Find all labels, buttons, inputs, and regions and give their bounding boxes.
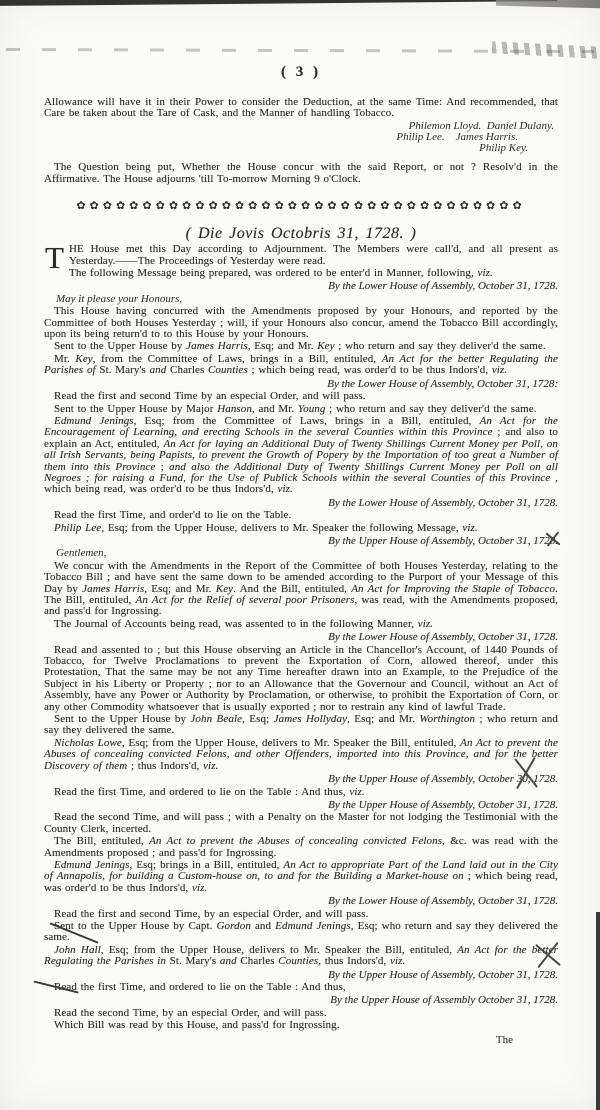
text-segment: The following Message being prepared, wa… [69,267,477,279]
paragraph: Read the first Time, and ordered to lie … [44,982,558,993]
text-segment: Read the first Time, and order'd to lie … [54,509,291,521]
text-segment: Read the first Time, and ordered to lie … [54,786,349,798]
salutation: May it please your Honours, [44,294,558,305]
text-segment: and [251,920,275,932]
text-segment: Sent to the Upper House by Major [54,403,217,415]
italic-text-segment: Hanson [217,403,252,415]
italic-text-segment: John Beale [190,713,242,725]
italic-text-segment: Counties [208,364,248,376]
text-segment: , Esq; from the Upper House, delivers to… [122,737,460,749]
byline: By the Lower House of Assembly, October … [44,498,558,509]
paragraph: Nicholas Lowe, Esq; from the Upper House… [44,738,558,772]
italic-text-segment: viz. [492,364,507,376]
paragraph: Read the second Time, by an especial Ord… [44,1008,558,1019]
paragraph: We concur with the Amendments in the Rep… [44,561,558,618]
paragraph: The Question being put, Whether the Hous… [44,162,558,185]
paragraph: Allowance will have it in their Power to… [44,97,558,120]
paragraph: Read the first and second Time by an esp… [44,391,558,402]
text-segment: . And the Bill, entituled, [233,583,351,595]
italic-text-segment: viz. [418,618,433,630]
paragraph: The Journal of Accounts being read, was … [44,619,558,630]
handwritten-x-mark [544,530,562,546]
paragraph: Read the first and second Time, by an es… [44,909,558,920]
text-segment: This House having concurred with the Ame… [44,305,558,340]
text-segment: Sent to the Upper House by [54,340,186,352]
italic-text-segment: viz. [277,483,292,495]
byline: By the Lower House of Assembly, October … [44,379,558,390]
paragraph: Which Bill was read by this House, and p… [44,1020,558,1031]
paragraph: Read the first Time, and ordered to lie … [44,787,558,798]
paragraph: Edmund Jenings, Esq; brings in a Bill, e… [44,860,558,894]
scan-artifact-top-edge [0,0,557,6]
signature-line: Philip Key. [44,143,558,154]
text-segment: Read the first Time, and ordered to lie … [54,981,346,993]
byline: By the Lower House of Assembly, October … [44,632,558,643]
paragraph: Edmund Jenings, Esq; from the Committee … [44,416,558,496]
italic-text-segment: Edmund Jenings [54,859,129,871]
handwritten-x-mark [532,938,564,970]
text-segment: ; [155,461,169,473]
text-segment: , from the Committee of Laws, brings in … [93,353,382,365]
text-segment: Allowance will have it in their Power to… [44,96,558,119]
text-segment: HE House met this Day according to Adjou… [69,243,558,266]
italic-text-segment: John Hall [54,944,101,956]
byline: By the Lower House of Assembly, October … [44,281,558,292]
text-segment: St. Mary's [170,955,220,967]
scan-artifact-right-edge [596,912,600,1110]
text-segment: , Esq; and Mr. [248,340,317,352]
italic-text-segment: Key [216,583,233,595]
scan-artifact-smudge-right [492,41,598,59]
session-date-heading: ( Die Jovis Octobris 31, 1728. ) [44,226,558,242]
text-segment: , Esq; [242,713,274,725]
italic-text-segment: and [220,955,240,967]
text-segment: ; thus Indors'd, [127,760,203,772]
italic-text-segment: viz. [349,786,364,798]
paragraph: John Hall, Esq; from the Upper House, de… [44,945,558,968]
text-segment: ; who return and say they deliver'd the … [326,403,537,415]
signature-block: Philemon Lloyd. Daniel Dulany.Philip Lee… [44,121,558,155]
text-segment: Sent to the Upper House by Capt. [54,920,217,932]
byline: By the Lower House of Assembly, October … [44,896,558,907]
opening-paragraph: THE House met this Day according to Adjo… [44,244,558,267]
italic-text-segment: Young [298,403,326,415]
italic-text-segment: Nicholas Lowe [54,737,122,749]
page-number: ( 3 ) [44,64,558,81]
text-segment: , Esq; and Mr. [144,583,216,595]
text-segment: Read the first and second Time, by an es… [54,908,368,920]
paragraph: Sent to the Upper House by John Beale, E… [44,714,558,737]
text-segment: ; who return and say they deliver'd the … [335,340,546,352]
byline: By the Upper House of Assembly, October … [44,970,558,981]
text-segment: , Esq; from the Upper House, delivers to… [101,944,457,956]
paragraph: Sent to the Upper House by Major Hanson,… [44,404,558,415]
byline: By the Upper House of Assembly, October … [44,774,558,785]
paragraph: Read the first Time, and order'd to lie … [44,510,558,521]
paragraph: Read the second Time, and will pass ; wi… [44,812,558,835]
italic-text-segment: Edmund Jenings [275,920,351,932]
italic-text-segment: An Act for the Relief of several poor Pr… [136,594,355,606]
italic-text-segment: viz. [390,955,405,967]
text-segment: The Journal of Accounts being read, was … [54,618,418,630]
italic-text-segment: Philip Lee [54,522,101,534]
printers-ornament-band: ✿✿✿✿✿✿✿✿✿✿✿✿✿✿✿✿✿✿✿✿✿✿✿✿✿✿✿✿✿✿✿✿✿✿ [44,198,558,214]
text-segment: Read the second Time, by an especial Ord… [54,1007,327,1019]
italic-text-segment: James Harris [186,340,248,352]
text-column: ( 3 )Allowance will have it in their Pow… [44,58,558,1046]
paragraph: Philip Lee, Esq; from the Upper House, d… [44,523,558,534]
text-segment: Sent to the Upper House by [54,713,190,725]
text-segment: , thus Indors'd, [318,955,390,967]
drop-cap-letter: T [44,245,65,270]
text-segment: The Question being put, Whether the Hous… [44,161,558,184]
text-segment: Read and assented to ; but this House ob… [44,644,558,713]
italic-text-segment: and [150,364,170,376]
italic-text-segment: An Act to prevent the Abuses of conceali… [149,835,442,847]
byline: By the Upper House of Assembly, October … [44,536,558,547]
italic-text-segment: Edmund Jenings [54,415,134,427]
text-segment: , Esq; from the Committee of Laws, bring… [134,415,480,427]
text-segment: ; which being read, was order'd to be th… [248,364,492,376]
paragraph: The following Message being prepared, wa… [44,268,558,279]
paragraph: This House having concurred with the Ame… [44,306,558,340]
paragraph: Read and assented to ; but this House ob… [44,645,558,713]
italic-text-segment: viz. [477,267,492,279]
text-segment: Read the second Time, and will pass ; wi… [44,811,558,834]
italic-text-segment: Counties [278,955,318,967]
catchword: The [44,1035,513,1046]
handwritten-x-mark [508,752,544,792]
italic-text-segment: viz. [192,882,207,894]
text-segment: Charles [240,955,278,967]
italic-text-segment: Gordon [217,920,251,932]
salutation: Gentlemen, [44,548,558,559]
text-segment: , Esq; and Mr. [347,713,419,725]
italic-text-segment: viz. [203,760,218,772]
scan-artifact-top-right-smudge [496,0,600,8]
italic-text-segment: James Hollyday [274,713,347,725]
paragraph: The Bill, entituled, An Act to prevent t… [44,836,558,859]
italic-text-segment: Key [317,340,334,352]
paragraph: Sent to the Upper House by Capt. Gordon … [44,921,558,944]
italic-text-segment: An Act for Improving the Staple of Tobac… [351,583,555,595]
italic-text-segment: Key [75,353,92,365]
italic-text-segment: James Harris [82,583,144,595]
text-segment: Charles [170,364,208,376]
text-segment: The Bill, entituled, [54,835,149,847]
text-segment: , and Mr. [252,403,298,415]
paragraph: Sent to the Upper House by James Harris,… [44,341,558,352]
italic-text-segment: viz. [462,522,477,534]
italic-text-segment: Worthington [419,713,475,725]
document-page: ( 3 )Allowance will have it in their Pow… [0,0,600,1110]
text-segment: Mr. [54,353,75,365]
text-segment: Which Bill was read by this House, and p… [54,1019,340,1031]
byline: By the Upper House of Assembly, October … [44,800,558,811]
text-segment: , Esq; brings in a Bill, entituled, [129,859,283,871]
text-segment: Read the first and second Time by an esp… [54,390,366,402]
paragraph: Mr. Key, from the Committee of Laws, bri… [44,354,558,377]
text-segment: , Esq; from the Upper House, delivers to… [101,522,462,534]
byline: By the Upper House of Assembly October 3… [44,995,558,1006]
text-segment: St. Mary's [99,364,149,376]
